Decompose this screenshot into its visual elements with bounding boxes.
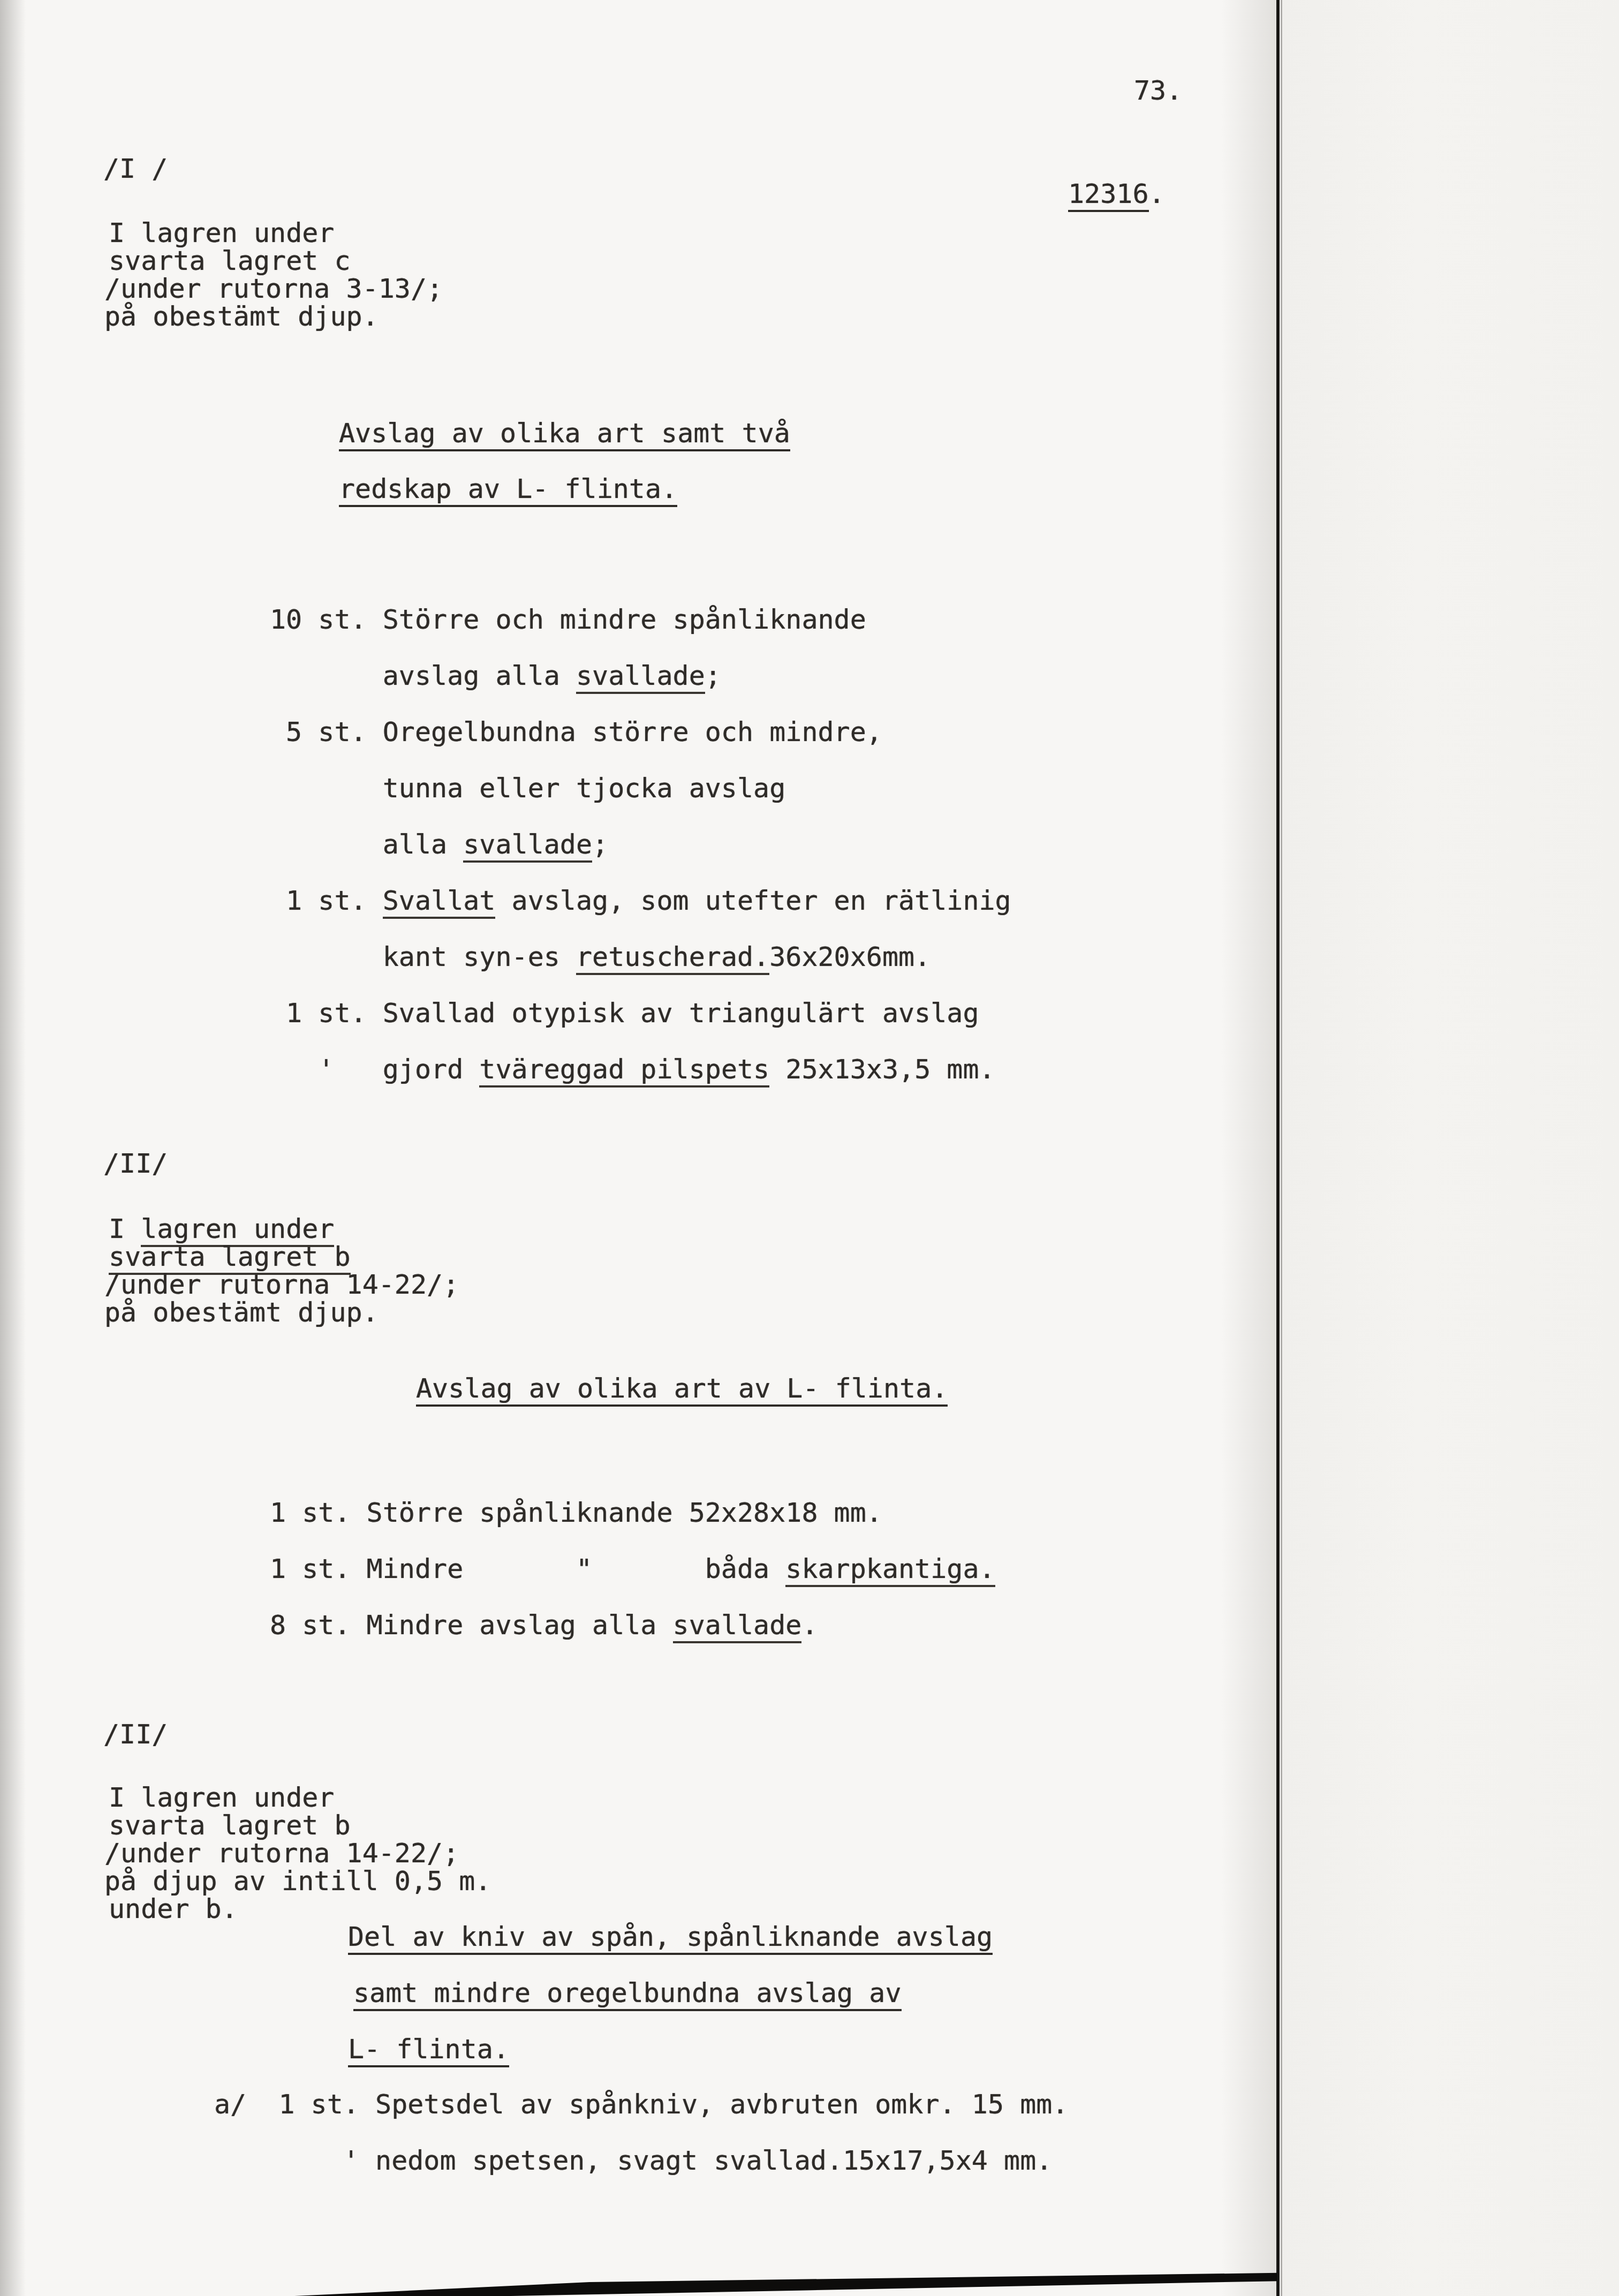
s1-provenance-line: /under rutorna 3-13/;: [104, 274, 443, 303]
page-edge-line: [1276, 0, 1280, 2296]
s3-provenance-line: under b.: [109, 1894, 238, 1923]
catalog-number: 12316.: [1068, 179, 1165, 208]
s1-item-line: 10 st. Större och mindre spånliknande: [270, 605, 866, 634]
bottom-edge-shadow: [294, 2270, 1277, 2296]
s1-item-line: 1 st. Svallat avslag, som utefter en rät…: [270, 886, 1011, 915]
s3-provenance-line: på djup av intill 0,5 m.: [104, 1867, 491, 1895]
s2-provenance-line: på obestämt djup.: [104, 1298, 379, 1327]
s1-item-line: tunna eller tjocka avslag: [270, 774, 785, 803]
s2-item-line: 1 st. Mindre " båda skarpkantiga.: [270, 1554, 995, 1583]
s3-heading-line: samt mindre oregelbundna avslag av: [353, 1978, 902, 2007]
s3-heading-line: Del av kniv av spån, spånliknande avslag: [348, 1922, 993, 1951]
s1-item-line: avslag alla svallade;: [270, 661, 721, 690]
s1-provenance-line: svarta lagret c: [109, 246, 351, 275]
s1-provenance-line: på obestämt djup.: [104, 302, 379, 331]
s2-item-line: 8 st. Mindre avslag alla svallade.: [270, 1611, 818, 1640]
s2-provenance-line: svarta lagret b: [109, 1242, 351, 1271]
s3-heading-line: L- flinta.: [348, 2035, 509, 2064]
adjacent-page-area: [1282, 0, 1619, 2296]
s3-item-line: a/ 1 st. Spetsdel av spånkniv, avbruten …: [214, 2090, 1068, 2119]
catalog-number-period: .: [1149, 178, 1165, 209]
s3-item-line: ' nedom spetsen, svagt svallad.15x17,5x4…: [214, 2146, 1052, 2175]
left-page-edge-shading: [0, 0, 26, 2296]
s2-heading: Avslag av olika art av L- flinta.: [416, 1374, 948, 1403]
s3-provenance-line: I lagren under: [109, 1783, 334, 1812]
s2-provenance-line: I lagren under: [109, 1214, 334, 1243]
s1-item-line: ' gjord tväreggad pilspets 25x13x3,5 mm.: [270, 1055, 995, 1084]
s1-item-line: 5 st. Oregelbundna större och mindre,: [270, 717, 882, 746]
s2-provenance-line: /under rutorna 14-22/;: [104, 1270, 459, 1299]
s3-provenance-line: svarta lagret b: [109, 1811, 351, 1840]
section3-marker: /II/: [103, 1720, 168, 1749]
s3-provenance-line: /under rutorna 14-22/;: [104, 1839, 459, 1868]
s1-item-line: 1 st. Svallad otypisk av triangulärt avs…: [270, 999, 979, 1028]
s2-item-line: 1 st. Större spånliknande 52x28x18 mm.: [270, 1498, 882, 1527]
section2-marker: /II/: [103, 1149, 168, 1178]
s1-heading-line: Avslag av olika art samt två: [339, 419, 790, 448]
scanned-typewritten-page: 73. /I / 12316. I lagren under svarta la…: [0, 0, 1619, 2296]
s1-provenance-line: I lagren under: [109, 218, 334, 247]
section1-marker: /I /: [103, 154, 168, 183]
binding-fold-shadow: [1221, 0, 1276, 2296]
s1-item-line: kant syn-es retuscherad.36x20x6mm.: [270, 942, 930, 971]
s1-item-line: alla svallade;: [270, 830, 608, 859]
page-number: 73.: [1134, 76, 1182, 105]
s1-heading-line: redskap av L- flinta.: [339, 474, 677, 503]
catalog-number-value: 12316: [1068, 178, 1149, 212]
